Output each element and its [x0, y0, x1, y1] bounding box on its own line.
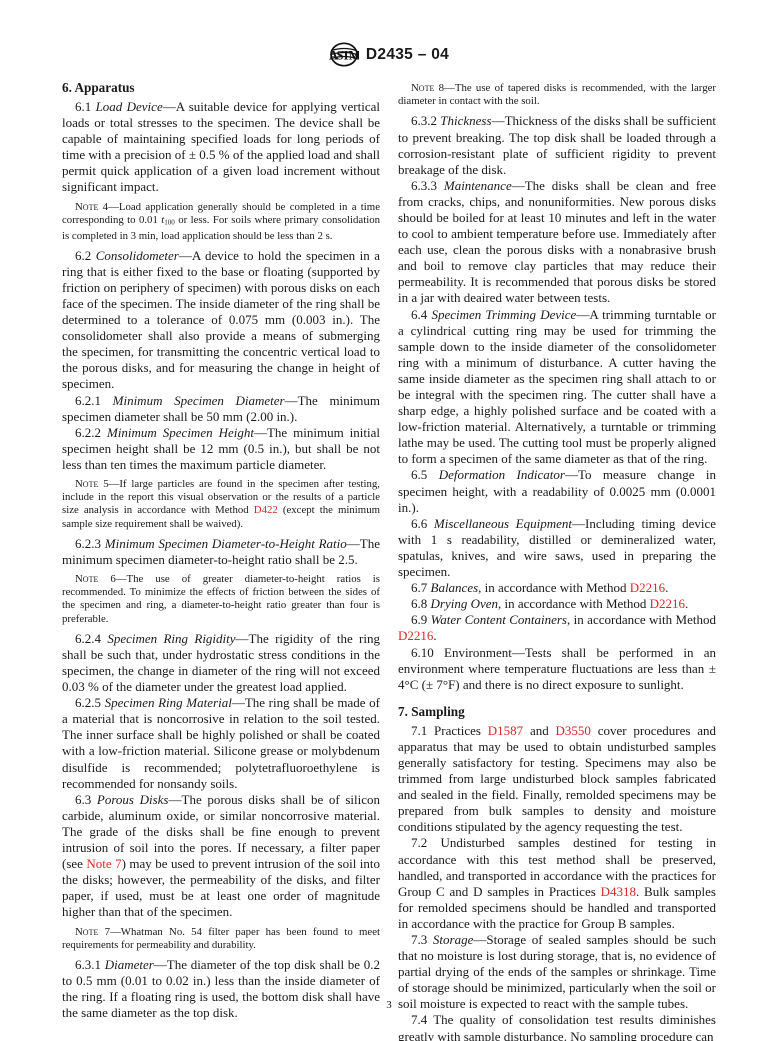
text: , in accordance with Method	[478, 580, 630, 595]
note: Note 5—If large particles are found in t…	[62, 478, 380, 531]
text: 6.10 Environment—Tests shall be performe…	[398, 645, 716, 692]
left-column: 6. Apparatus6.1 Load Device—A suitable d…	[62, 80, 380, 1041]
note-label: Note	[411, 82, 434, 94]
paragraph: 6.8 Drying Oven, in accordance with Meth…	[398, 596, 716, 612]
text: 6.3.3	[411, 178, 444, 193]
paragraph: 6.2.4 Specimen Ring Rigidity—The rigidit…	[62, 631, 380, 695]
note: Note 8—The use of tapered disks is recom…	[398, 82, 716, 108]
italic-term: Consolidometer	[96, 248, 179, 263]
text: and	[523, 723, 555, 738]
text: 6.6	[411, 516, 434, 531]
text: 6.5	[411, 467, 439, 482]
text: 7—Whatman No. 54 filter paper has been f…	[62, 926, 380, 951]
text: 6. Apparatus	[62, 80, 135, 95]
note-label: Note	[75, 573, 98, 585]
doc-link[interactable]: D3550	[556, 723, 591, 738]
italic-term: Minimum Specimen Height	[107, 425, 254, 440]
right-column: Note 8—The use of tapered disks is recom…	[398, 80, 716, 1041]
text: 6.2.4	[75, 631, 107, 646]
italic-term: Minimum Specimen Diameter	[113, 393, 285, 408]
doc-link[interactable]: D2216	[630, 580, 665, 595]
text: .	[685, 596, 688, 611]
italic-term: Storage	[433, 932, 473, 947]
text: —The disks shall be clean and free from …	[398, 178, 716, 306]
text: 6.1	[75, 99, 96, 114]
text: 6.4	[411, 307, 431, 322]
italic-term: Water Content Containers	[431, 612, 567, 627]
page-number: 3	[386, 999, 392, 1011]
paragraph: 6.3.3 Maintenance—The disks shall be cle…	[398, 178, 716, 307]
paragraph: 6.2.3 Minimum Specimen Diameter-to-Heigh…	[62, 536, 380, 568]
doc-link[interactable]: D2216	[650, 596, 685, 611]
text: 7.4 The quality of consolidation test re…	[398, 1012, 716, 1041]
italic-term: Specimen Trimming Device	[431, 307, 576, 322]
paragraph: 6.3.2 Thickness—Thickness of the disks s…	[398, 113, 716, 177]
text: 6.2.5	[75, 695, 105, 710]
text: , in accordance with Method	[498, 596, 650, 611]
page-header: ASTM D2435 – 04	[0, 42, 778, 67]
text: 6.3.2	[411, 113, 440, 128]
text: 6.9	[411, 612, 431, 627]
text: 8—The use of tapered disks is recommende…	[398, 82, 716, 107]
paragraph: 6.1 Load Device—A suitable device for ap…	[62, 99, 380, 196]
page-body: 6. Apparatus6.1 Load Device—A suitable d…	[62, 80, 716, 1041]
text: —A device to hold the specimen in a ring…	[62, 248, 380, 392]
paragraph: 6.2 Consolidometer—A device to hold the …	[62, 248, 380, 393]
doc-link[interactable]: D2216	[398, 628, 433, 643]
text: cover procedures and apparatus that may …	[398, 723, 716, 835]
standard-designation: D2435 – 04	[366, 46, 449, 64]
text: 7. Sampling	[398, 704, 465, 719]
italic-term: Minimum Specimen Diameter-to-Height Rati…	[105, 536, 347, 551]
note: Note 4—Load application generally should…	[62, 201, 380, 243]
text: , in accordance with Method	[567, 612, 716, 627]
paragraph: 6.6 Miscellaneous Equipment—Including ti…	[398, 516, 716, 580]
italic-term: Maintenance	[444, 178, 512, 193]
text: —A trimming turntable or a cylindrical c…	[398, 307, 716, 467]
italic-term: Diameter	[105, 957, 154, 972]
text: 6.2.3	[75, 536, 105, 551]
text: 6—The use of greater diameter-to-height …	[62, 573, 380, 625]
section-heading: 6. Apparatus	[62, 80, 380, 96]
svg-text:ASTM: ASTM	[329, 49, 359, 63]
subscript: 100	[164, 218, 175, 226]
italic-term: Drying Oven	[431, 596, 499, 611]
astm-logo-icon: ASTM	[329, 42, 359, 67]
note-label: Note	[75, 201, 98, 213]
text: 6.2.2	[75, 425, 107, 440]
paragraph: 6.9 Water Content Containers, in accorda…	[398, 612, 716, 644]
doc-link[interactable]: D4318	[601, 884, 636, 899]
italic-term: Porous Disks	[97, 792, 169, 807]
note: Note 7—Whatman No. 54 filter paper has b…	[62, 926, 380, 952]
note: Note 6—The use of greater diameter-to-he…	[62, 573, 380, 626]
paragraph: 6.4 Specimen Trimming Device—A trimming …	[398, 307, 716, 468]
text: 6.3	[75, 792, 97, 807]
doc-link[interactable]: D1587	[488, 723, 523, 738]
note-label: Note	[75, 478, 98, 490]
doc-link[interactable]: Note 7	[86, 856, 121, 871]
text: 7.3	[411, 932, 433, 947]
document-page: ASTM D2435 – 04 6. Apparatus6.1 Load Dev…	[0, 0, 778, 1041]
paragraph: 6.3.1 Diameter—The diameter of the top d…	[62, 957, 380, 1021]
paragraph: 7.2 Undisturbed samples destined for tes…	[398, 835, 716, 932]
text: 6.7	[411, 580, 431, 595]
paragraph: 7.4 The quality of consolidation test re…	[398, 1012, 716, 1041]
italic-term: Deformation Indicator	[439, 467, 565, 482]
italic-term: Thickness	[440, 113, 491, 128]
italic-term: Miscellaneous Equipment	[434, 516, 572, 531]
page-footer: 3	[0, 999, 778, 1011]
italic-term: Load Device	[96, 99, 163, 114]
paragraph: 6.5 Deformation Indicator—To measure cha…	[398, 467, 716, 515]
paragraph: 6.10 Environment—Tests shall be performe…	[398, 645, 716, 693]
italic-term: Specimen Ring Material	[105, 695, 232, 710]
italic-term: Specimen Ring Rigidity	[107, 631, 235, 646]
section-heading: 7. Sampling	[398, 704, 716, 720]
note-label: Note	[75, 926, 98, 938]
paragraph: 6.2.1 Minimum Specimen Diameter—The mini…	[62, 393, 380, 425]
paragraph: 6.7 Balances, in accordance with Method …	[398, 580, 716, 596]
text: 7.1 Practices	[411, 723, 488, 738]
text: 6.3.1	[75, 957, 105, 972]
text: .	[665, 580, 668, 595]
paragraph: 7.1 Practices D1587 and D3550 cover proc…	[398, 723, 716, 836]
paragraph: 6.3 Porous Disks—The porous disks shall …	[62, 792, 380, 921]
paragraph: 6.2.5 Specimen Ring Material—The ring sh…	[62, 695, 380, 792]
text: 6.2.1	[75, 393, 113, 408]
text: 6.8	[411, 596, 431, 611]
paragraph: 6.2.2 Minimum Specimen Height—The minimu…	[62, 425, 380, 473]
italic-term: Balances	[431, 580, 479, 595]
doc-link[interactable]: D422	[254, 504, 278, 516]
text: .	[433, 628, 436, 643]
text: 6.2	[75, 248, 96, 263]
